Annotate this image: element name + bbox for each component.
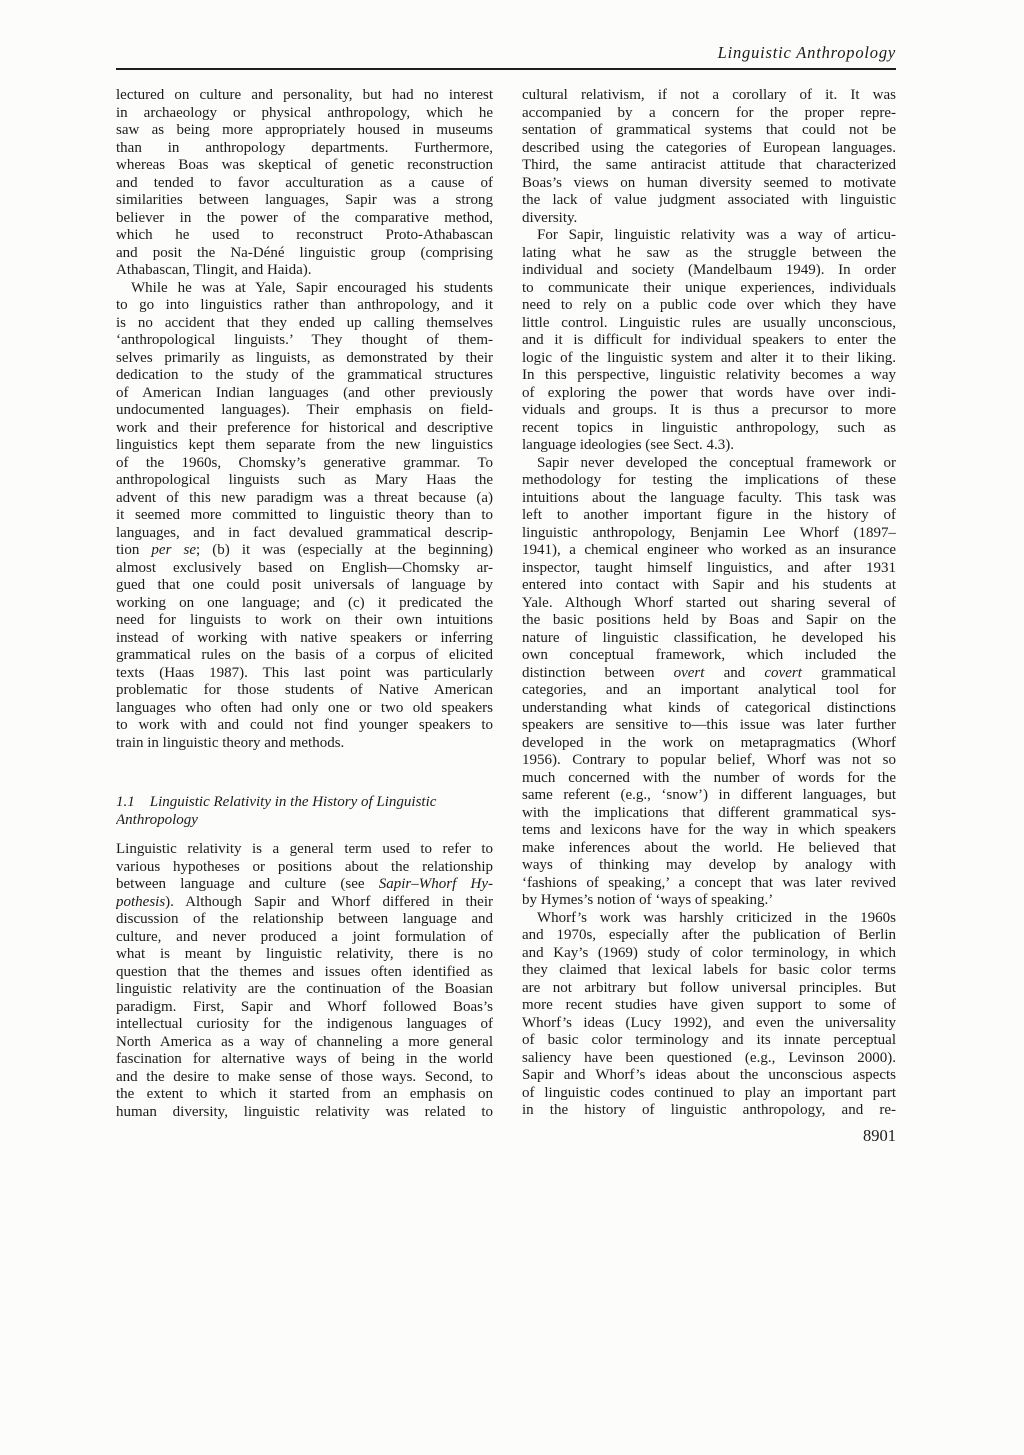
text-line: the extent to which it started from an e…	[116, 1086, 493, 1104]
paragraph: Linguistic relativity is a general term …	[116, 841, 493, 1121]
text-line: of the 1960s, Chomsky’s generative gramm…	[116, 455, 493, 473]
text-line: sentation of grammatical systems that co…	[522, 122, 896, 140]
text-line: undocumented languages). Their emphasis …	[116, 402, 493, 420]
two-column-body: lectured on culture and personality, but…	[116, 87, 896, 1121]
text-line: instead of working with native speakers …	[116, 630, 493, 648]
text-line: paradigm. First, Sapir and Whorf followe…	[116, 999, 493, 1017]
text-line: tems and lexicons have for the way in wh…	[522, 822, 896, 840]
text-line: and the desire to make sense of those wa…	[116, 1069, 493, 1087]
text-line: pothesis). Although Sapir and Whorf diff…	[116, 894, 493, 912]
text-line: question that the themes and issues ofte…	[116, 964, 493, 982]
text-line: and it is difficult for individual speak…	[522, 332, 896, 350]
text-line: same referent (e.g., ‘snow’) in differen…	[522, 787, 896, 805]
text-line: entered into contact with Sapir and his …	[522, 577, 896, 595]
text-line: to work with and could not find younger …	[116, 717, 493, 735]
text-line: the lack of value judgment associated wi…	[522, 192, 896, 210]
heading-line: 1.1 Linguistic Relativity in the History…	[116, 794, 493, 812]
text-line: and posit the Na-Déné linguistic group (…	[116, 245, 493, 263]
text-line: ways of thinking may develop by analogy …	[522, 857, 896, 875]
column-left: lectured on culture and personality, but…	[116, 87, 493, 1121]
text-line: make inferences about the world. He beli…	[522, 840, 896, 858]
text-line: are not arbitrary but follow universal p…	[522, 980, 896, 998]
paragraph: lectured on culture and personality, but…	[116, 87, 493, 280]
text-line: of linguistic codes continued to play an…	[522, 1085, 896, 1103]
text-line: of basic color terminology and its innat…	[522, 1032, 896, 1050]
text-line: tion per se; (b) it was (especially at t…	[116, 542, 493, 560]
paragraph: Whorf’s work was harshly criticized in t…	[522, 910, 896, 1120]
text-line: grammatical rules on the basis of a corp…	[116, 647, 493, 665]
text-line: linguistic relativity are the continuati…	[116, 981, 493, 999]
text-line: and 1970s, especially after the publicat…	[522, 927, 896, 945]
text-line: almost exclusively based on English—Chom…	[116, 560, 493, 578]
text-line: which he used to reconstruct Proto-Athab…	[116, 227, 493, 245]
text-line: methodology for testing the implications…	[522, 472, 896, 490]
text-line: linguistics kept them separate from the …	[116, 437, 493, 455]
text-line: saliency have been questioned (e.g., Lev…	[522, 1050, 896, 1068]
text-line: language ideologies (see Sect. 4.3).	[522, 437, 896, 455]
text-line: culture, and never produced a joint form…	[116, 929, 493, 947]
page-content: Linguistic Anthropology lectured on cult…	[116, 0, 896, 1121]
text-line: In this perspective, linguistic relativi…	[522, 367, 896, 385]
text-line: Sapir and Whorf’s ideas about the uncons…	[522, 1067, 896, 1085]
text-line: what is meant by linguistic relativity, …	[116, 946, 493, 964]
text-line: lectured on culture and personality, but…	[116, 87, 493, 105]
text-line: discussion of the relationship between l…	[116, 911, 493, 929]
text-line: Linguistic relativity is a general term …	[116, 841, 493, 859]
heading-line: Anthropology	[116, 812, 493, 830]
text-line: individual and society (Mandelbaum 1949)…	[522, 262, 896, 280]
paragraph: cultural relativism, if not a corollary …	[522, 87, 896, 227]
text-line: languages, and in fact devalued grammati…	[116, 525, 493, 543]
text-line: 1941), a chemical engineer who worked as…	[522, 542, 896, 560]
text-line: in the history of linguistic anthropolog…	[522, 1102, 896, 1120]
text-line: problematic for those students of Native…	[116, 682, 493, 700]
text-line: with the implications that different gra…	[522, 805, 896, 823]
text-line: work and their preference for historical…	[116, 420, 493, 438]
text-line: train in linguistic theory and methods.	[116, 735, 493, 753]
text-line: intuitions about the language faculty. T…	[522, 490, 896, 508]
header-rule	[116, 68, 896, 70]
text-line: texts (Haas 1987). This last point was p…	[116, 665, 493, 683]
text-line: Whorf’s ideas (Lucy 1992), and even the …	[522, 1015, 896, 1033]
text-line: ‘anthropological linguists.’ They though…	[116, 332, 493, 350]
text-line: to communicate their unique experiences,…	[522, 280, 896, 298]
text-line: Athabascan, Tlingit, and Haida).	[116, 262, 493, 280]
text-line: Boas’s views on human diversity seemed t…	[522, 175, 896, 193]
text-line: understanding what kinds of categorical …	[522, 700, 896, 718]
text-line: saw as being more appropriately housed i…	[116, 122, 493, 140]
text-line: gued that one could posit universals of …	[116, 577, 493, 595]
section-heading: 1.1 Linguistic Relativity in the History…	[116, 794, 493, 829]
text-line: nature of linguistic classification, he …	[522, 630, 896, 648]
text-line: diversity.	[522, 210, 896, 228]
text-line: little control. Linguistic rules are usu…	[522, 315, 896, 333]
text-line: accompanied by a concern for the proper …	[522, 105, 896, 123]
text-line: of exploring the power that words have o…	[522, 385, 896, 403]
text-line: various hypotheses or positions about th…	[116, 859, 493, 877]
text-line: recent topics in linguistic anthropology…	[522, 420, 896, 438]
page-number: 8901	[863, 1127, 896, 1145]
text-line: While he was at Yale, Sapir encouraged h…	[116, 280, 493, 298]
text-line: Yale. Although Whorf started out sharing…	[522, 595, 896, 613]
text-line: advent of this new paradigm was a threat…	[116, 490, 493, 508]
text-line: anthropological linguists such as Mary H…	[116, 472, 493, 490]
paragraph: For Sapir, linguistic relativity was a w…	[522, 227, 896, 455]
text-line: much concerned with the number of words …	[522, 770, 896, 788]
text-line: categories, and an important analytical …	[522, 682, 896, 700]
text-line: developed in the work on metapragmatics …	[522, 735, 896, 753]
text-line: languages who often had only one or two …	[116, 700, 493, 718]
text-line: it seemed more committed to linguistic t…	[116, 507, 493, 525]
column-right: cultural relativism, if not a corollary …	[522, 87, 896, 1121]
text-line: described using the categories of Europe…	[522, 140, 896, 158]
text-line: North America as a way of channeling a m…	[116, 1034, 493, 1052]
text-line: of American Indian languages (and other …	[116, 385, 493, 403]
text-line: Sapir never developed the conceptual fra…	[522, 455, 896, 473]
text-line: logic of the linguistic system and alter…	[522, 350, 896, 368]
running-head: Linguistic Anthropology	[116, 44, 896, 62]
text-line: linguistic anthropology, Benjamin Lee Wh…	[522, 525, 896, 543]
scanned-paper-page: Linguistic Anthropology lectured on cult…	[0, 0, 1024, 1455]
text-line: similarities between languages, Sapir wa…	[116, 192, 493, 210]
paragraph: Sapir never developed the conceptual fra…	[522, 455, 896, 910]
text-line: left to another important figure in the …	[522, 507, 896, 525]
text-line: they claimed that lexical labels for bas…	[522, 962, 896, 980]
text-line: Whorf’s work was harshly criticized in t…	[522, 910, 896, 928]
text-line: 1956). Contrary to popular belief, Whorf…	[522, 752, 896, 770]
text-line: by Hymes’s notion of ‘ways of speaking.’	[522, 892, 896, 910]
text-line: For Sapir, linguistic relativity was a w…	[522, 227, 896, 245]
text-line: between language and culture (see Sapir–…	[116, 876, 493, 894]
text-line: fascination for alternative ways of bein…	[116, 1051, 493, 1069]
text-line: Third, the same antiracist attitude that…	[522, 157, 896, 175]
text-line: need for linguists to work on their own …	[116, 612, 493, 630]
text-line: believer in the power of the comparative…	[116, 210, 493, 228]
paragraph: While he was at Yale, Sapir encouraged h…	[116, 280, 493, 753]
text-line: viduals and groups. It is thus a precurs…	[522, 402, 896, 420]
text-line: is no accident that they ended up callin…	[116, 315, 493, 333]
text-line: the basic positions held by Boas and Sap…	[522, 612, 896, 630]
text-line: in archaeology or physical anthropology,…	[116, 105, 493, 123]
text-line: selves primarily as linguists, as demons…	[116, 350, 493, 368]
text-line: ‘fashions of speaking,’ a concept that w…	[522, 875, 896, 893]
text-line: than in anthropology departments. Furthe…	[116, 140, 493, 158]
text-line: lating what he saw as the struggle betwe…	[522, 245, 896, 263]
text-line: dedication to the study of the grammatic…	[116, 367, 493, 385]
text-line: need to rely on a public code over which…	[522, 297, 896, 315]
text-line: intellectual curiosity for the indigenou…	[116, 1016, 493, 1034]
text-line: own conceptual framework, which included…	[522, 647, 896, 665]
text-line: and tended to favor acculturation as a c…	[116, 175, 493, 193]
text-line: whereas Boas was skeptical of genetic re…	[116, 157, 493, 175]
text-line: to go into linguistics rather than anthr…	[116, 297, 493, 315]
text-line: inspector, taught himself linguistics, a…	[522, 560, 896, 578]
text-line: working on one language; and (c) it pred…	[116, 595, 493, 613]
text-line: human diversity, linguistic relativity w…	[116, 1104, 493, 1122]
text-line: and Kay’s (1969) study of color terminol…	[522, 945, 896, 963]
text-line: more recent studies have given support t…	[522, 997, 896, 1015]
text-line: distinction between overt and covert gra…	[522, 665, 896, 683]
text-line: speakers are sensitive to—this issue was…	[522, 717, 896, 735]
text-line: cultural relativism, if not a corollary …	[522, 87, 896, 105]
